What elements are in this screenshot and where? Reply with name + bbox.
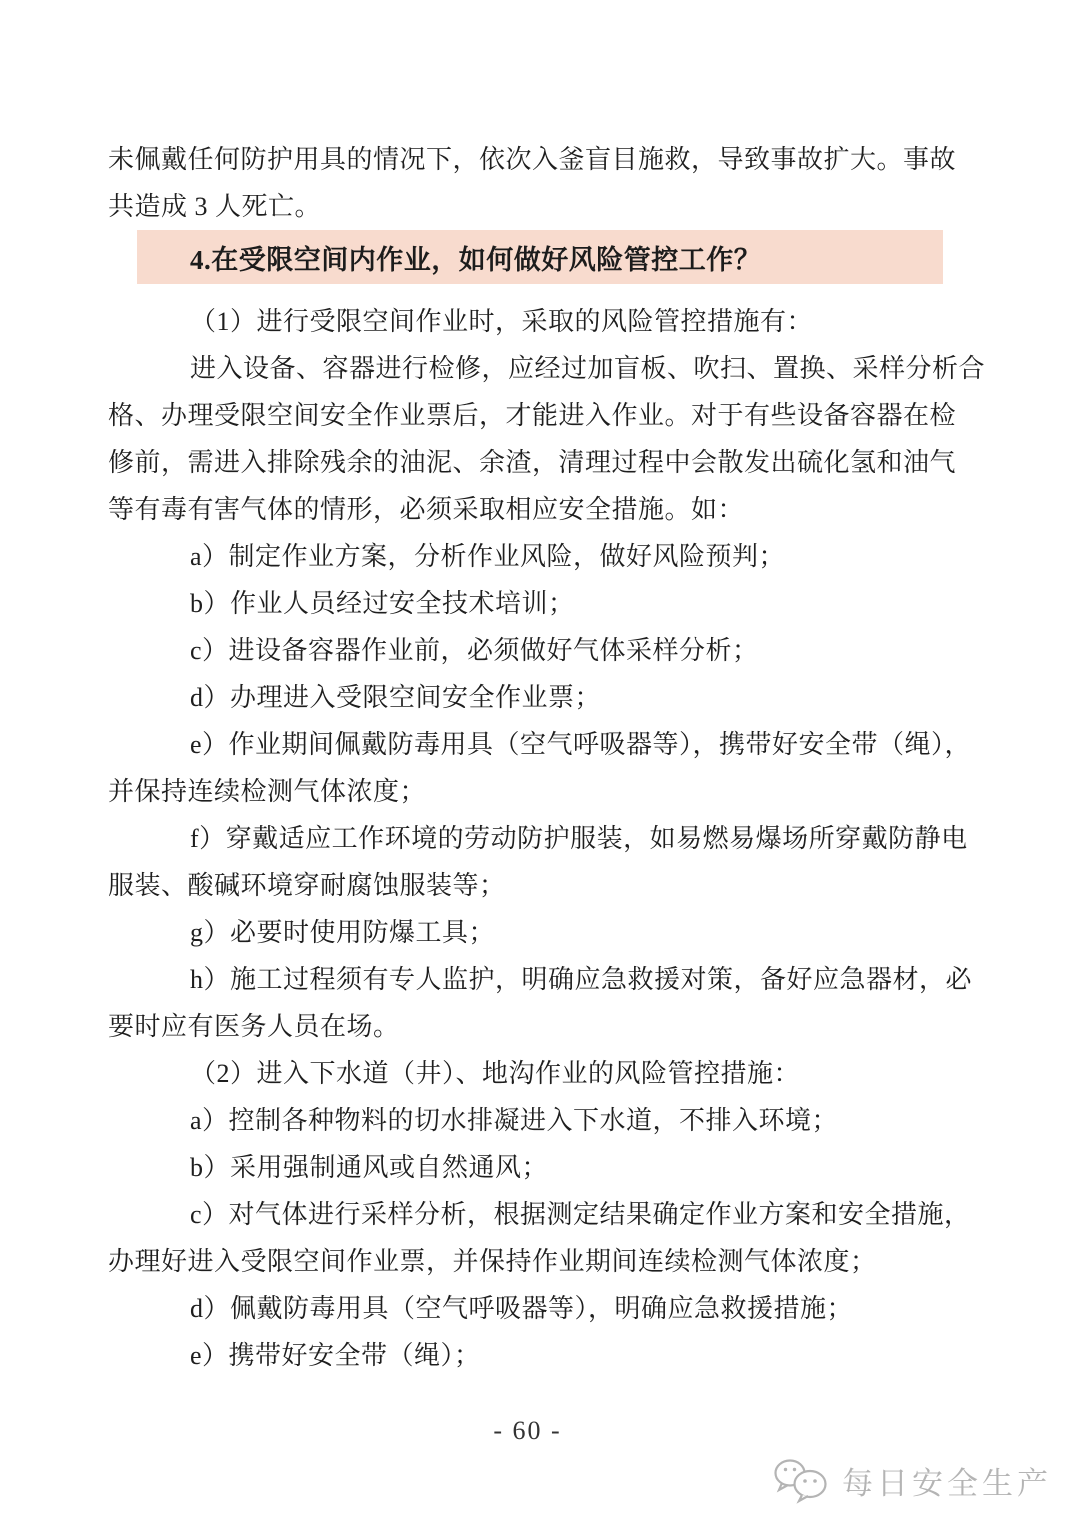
- text-line: （2）进入下水道（井）、地沟作业的风险管控措施：: [108, 1050, 947, 1097]
- page-number: - 60 -: [108, 1407, 947, 1454]
- watermark-label: 每日安全生产: [842, 1458, 1052, 1503]
- text-line: a）制定作业方案，分析作业风险，做好风险预判；: [108, 533, 947, 580]
- text-line: a）控制各种物料的切水排凝进入下水道，不排入环境；: [108, 1097, 947, 1144]
- text-line: 共造成 3 人死亡。: [108, 183, 947, 230]
- text-line: b）采用强制通风或自然通风；: [108, 1144, 947, 1191]
- text-line: c）对气体进行采样分析，根据测定结果确定作业方案和安全措施，: [108, 1191, 947, 1238]
- text-line: 进入设备、容器进行检修，应经过加盲板、吹扫、置换、采样分析合: [108, 345, 947, 392]
- text-line: 办理好进入受限空间作业票，并保持作业期间连续检测气体浓度；: [108, 1238, 947, 1285]
- text-line: （1）进行受限空间作业时，采取的风险管控措施有：: [108, 298, 947, 345]
- text-line: g）必要时使用防爆工具；: [108, 909, 947, 956]
- section-header-band: 4.在受限空间内作业，如何做好风险管控工作？: [137, 230, 943, 284]
- section-header-text: 4.在受限空间内作业，如何做好风险管控工作？: [190, 238, 761, 277]
- text-line: e）作业期间佩戴防毒用具（空气呼吸器等），携带好安全带（绳），: [108, 721, 947, 768]
- text-line: 并保持连续检测气体浓度；: [108, 768, 947, 815]
- page-content: 未佩戴任何防护用具的情况下，依次入釜盲目施救，导致事故扩大。事故共造成 3 人死…: [0, 0, 1080, 1454]
- text-line: 格、办理受限空间安全作业票后，才能进入作业。对于有些设备容器在检: [108, 392, 947, 439]
- text-line: d）佩戴防毒用具（空气呼吸器等），明确应急救援措施；: [108, 1285, 947, 1332]
- text-line: c）进设备容器作业前，必须做好气体采样分析；: [108, 627, 947, 674]
- text-line: 服装、酸碱环境穿耐腐蚀服装等；: [108, 862, 947, 909]
- watermark: 每日安全生产: [772, 1456, 1052, 1504]
- text-line: 等有毒有害气体的情形，必须采取相应安全措施。如：: [108, 486, 947, 533]
- intro-paragraph: 未佩戴任何防护用具的情况下，依次入釜盲目施救，导致事故扩大。事故共造成 3 人死…: [108, 136, 947, 230]
- text-line: 未佩戴任何防护用具的情况下，依次入釜盲目施救，导致事故扩大。事故: [108, 136, 947, 183]
- body-text: （1）进行受限空间作业时，采取的风险管控措施有：进入设备、容器进行检修，应经过加…: [108, 298, 947, 1379]
- text-line: e）携带好安全带（绳）；: [108, 1332, 947, 1379]
- document-page: 未佩戴任何防护用具的情况下，依次入釜盲目施救，导致事故扩大。事故共造成 3 人死…: [0, 0, 1080, 1528]
- text-line: h）施工过程须有专人监护，明确应急救援对策，备好应急器材，必: [108, 956, 947, 1003]
- text-line: d）办理进入受限空间安全作业票；: [108, 674, 947, 721]
- text-line: 要时应有医务人员在场。: [108, 1003, 947, 1050]
- text-line: b）作业人员经过安全技术培训；: [108, 580, 947, 627]
- wechat-logo-icon: [772, 1456, 832, 1504]
- text-line: f）穿戴适应工作环境的劳动防护服装，如易燃易爆场所穿戴防静电: [108, 815, 947, 862]
- text-line: 修前，需进入排除残余的油泥、余渣，清理过程中会散发出硫化氢和油气: [108, 439, 947, 486]
